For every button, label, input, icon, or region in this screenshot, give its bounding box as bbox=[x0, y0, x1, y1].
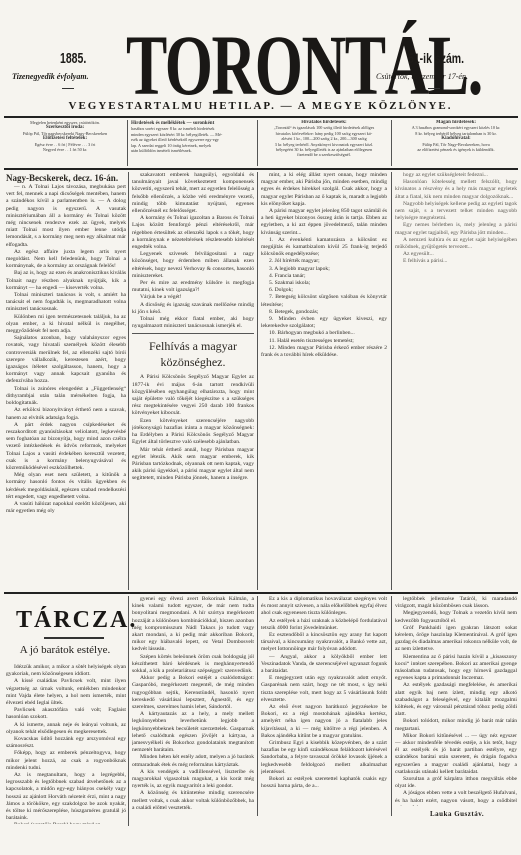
list-item: 11. Halál esetén tisztességes temetést; bbox=[261, 338, 387, 345]
paragraph: Tolnai még ekkor fiatal ember, aki hogy … bbox=[132, 316, 254, 330]
paragraph: A ki ismerte, annak neje és leányai volt… bbox=[6, 722, 126, 736]
paragraph: Sajnálatos azonban, hogy valahányszor eg… bbox=[6, 335, 126, 385]
article-column-2: szakavatott emberek hangsúlyi, egyoldalú… bbox=[132, 172, 254, 590]
paragraph: Ezen kötvényeket szerencséjére nagyobb j… bbox=[132, 418, 254, 447]
paragraph: gyenei egy élvezi avert Bokorinak Kálmán… bbox=[132, 596, 254, 654]
paragraph: Bokori (vezetője Burck) hogy mind ez... bbox=[6, 822, 126, 824]
info-box-advertisements: Hirdetések és melléklétek — soronként ha… bbox=[131, 120, 253, 166]
paragraph: Az estélyek a házi uraknak a közbelépő f… bbox=[261, 618, 387, 632]
info-line: 8 kr. bélyeg terhéről bélyeg tartalomban… bbox=[415, 131, 496, 136]
info-line: bélyegéért 30 kr. bélyegilleték is az aj… bbox=[276, 147, 372, 152]
paragraph: Per és mire az eredmény külsőre is megfo… bbox=[132, 280, 254, 294]
section-divider bbox=[132, 333, 254, 334]
article-column-1: Nagy-Becskerek, decz. 16-án. — n. A Toln… bbox=[6, 172, 126, 590]
list-item: 1. Az évenkénti kamatozásra a kölcsönt e… bbox=[261, 237, 387, 259]
header-rule bbox=[4, 116, 518, 118]
feuilleton-column-1: Idézzük amikor, a mikor a sötét helyiség… bbox=[6, 664, 126, 824]
issue-number: 51-ik szám. bbox=[408, 50, 464, 66]
paragraph: Különben mi igen természetesnek találjuk… bbox=[6, 314, 126, 336]
list-item: 3. A legjobb magyar lapok; bbox=[261, 266, 387, 273]
paragraph: Gróf Pankhaidi igen gyakran látszott sok… bbox=[395, 625, 517, 654]
paragraph: Idézzük amikor, a mikor a sötét helyiség… bbox=[6, 664, 126, 678]
paragraph: Baj az is, hogy az ezen és anakronisztik… bbox=[6, 270, 126, 292]
paragraph: A dicsőség és igazság szavának mellőzése… bbox=[132, 302, 254, 316]
paragraph: Várjuk be a végét! bbox=[132, 294, 254, 301]
info-line: A 3 hasábos gramond-sorokért egyszeri kö… bbox=[412, 125, 501, 130]
paragraph: A kormány és Tolnai igazoltan a Baross é… bbox=[132, 215, 254, 251]
paragraph: — n. A Tolnai Lajos távozása, megbukása … bbox=[6, 184, 126, 249]
list-item: 12. Minden magyar Párisba érkező ember r… bbox=[261, 345, 387, 359]
info-line: Fülöp Pál, Tőr Nagy-Becskereken, hova bbox=[422, 142, 489, 147]
info-box-private-notices: Magán hirdetések: A 3 hasábos gramond-so… bbox=[395, 120, 517, 166]
paragraph: A Párisi Kölcsönös Segélyző Magyar Egyle… bbox=[132, 374, 254, 417]
list-item: 7. Betegség kölcsönt sürgősen valóban és… bbox=[261, 294, 387, 308]
paragraph: A közönség és kitüntetése mindig szerenc… bbox=[132, 790, 254, 812]
list-item: 5. Szakmai iskola; bbox=[261, 280, 387, 287]
article-column-3: mint, a ki elég állást nyert onnan, hogy… bbox=[261, 172, 387, 590]
paragraph: Kovacskas üdítő hozzánk egy arszyomóval … bbox=[6, 736, 126, 750]
paragraph: A párisi magyar egylet jelenleg 850 tago… bbox=[261, 208, 387, 237]
info-line: lap. A szerdai reggeli 10 óráig kéretnek… bbox=[131, 143, 211, 148]
article-column-4: hogy az egylet szükségleteit fedezni... … bbox=[395, 172, 517, 590]
info-line: Negyed évre . . 1 frt 50 kr. bbox=[43, 147, 87, 152]
info-line: hasábos sorért egyszer 8 kr. az ismételt… bbox=[131, 126, 215, 131]
paragraph: Tolnai is zsinóres elengedést a „Függetl… bbox=[6, 386, 126, 408]
masthead: 1885. Tizenegyedik évfolyam. TORONTÁL. 5… bbox=[0, 0, 521, 98]
article-heading: Nagy-Becskerek, decz. 16-án. bbox=[6, 172, 126, 184]
feuilleton-label: TÁRCZA. bbox=[16, 607, 137, 634]
paragraph: Már tehát érthető annál, hogy Párisban m… bbox=[132, 447, 254, 483]
paragraph: Mikor Bokori kitűnésével ... — úgy néz e… bbox=[395, 733, 517, 776]
feuilleton-rule bbox=[4, 592, 518, 594]
list-item: 9. Minden évben egy ügyeket kiveszi, egy… bbox=[261, 316, 387, 330]
paragraph: Ez a kis a diplomatikus hovaválazat szeg… bbox=[261, 596, 387, 618]
paragraph: Az estélyek gazdasági megfelelése, és am… bbox=[395, 682, 517, 718]
paragraph: E megjegyzett után egy nyakravalót adott… bbox=[261, 675, 387, 704]
info-line: zlésért 1 kr., 100—200 szóig 2 kr., 200—… bbox=[281, 136, 366, 141]
paragraph: Az is megtanultam, hogy a legrégebbi, le… bbox=[6, 772, 126, 822]
info-line: Egész évre . . 6 frt | Félévre . . . 3 f… bbox=[35, 142, 96, 147]
paragraph: Az egész affaire juxta legem artis nyert… bbox=[6, 249, 126, 271]
feuilleton-column-3: Ez a kis a diplomatikus hovaválazat szeg… bbox=[261, 596, 387, 816]
feuilleton-ornament bbox=[44, 637, 104, 639]
paragraph: Tolnai miniszteri tanácsos is volt, s am… bbox=[6, 292, 126, 314]
paragraph: A vasúti hálózat napokkal ezelőtt közölj… bbox=[6, 501, 126, 515]
paragraph: A jóságos ebben vette a volt beszélgető … bbox=[395, 790, 517, 806]
list-item: 8. Betegek, gondozás; bbox=[261, 309, 387, 316]
column-divider bbox=[127, 120, 128, 166]
newspaper-page: 1885. Tizenegyedik évfolyam. TORONTÁL. 5… bbox=[0, 0, 521, 855]
column-divider bbox=[128, 596, 129, 826]
paragraph: Az első évet nagyon barátkozó jegyzésekr… bbox=[261, 704, 387, 740]
list-item: 10. Bárhogyan megbukó a berlinben... bbox=[261, 330, 387, 337]
subtitle: VEGYESTARTALMU HETILAP. — A MEGYE KÖZLÖN… bbox=[0, 100, 521, 112]
info-line: után külföldön ismételt ismétlésnek. bbox=[131, 148, 192, 153]
paragraph: Klementina az ő párisi hazán kívül a „ki… bbox=[395, 654, 517, 683]
paragraph: Bokori az estélyek szeretettel kaphatók … bbox=[261, 776, 387, 790]
paragraph: A kis vendégek a vadlillensével, liszter… bbox=[132, 769, 254, 791]
paragraph: E felhívás a párisi... bbox=[395, 258, 517, 265]
info-box-editorial: Megjelen hetenként egyszer, csütörtökön.… bbox=[6, 120, 124, 166]
feuilleton-title: A jó barátok estélye. bbox=[0, 644, 130, 656]
paragraph: szakavatott emberek hangsúlyi, egyoldalú… bbox=[132, 172, 254, 215]
paragraph: Legyenek szívesek felvilágosítani a nagy… bbox=[132, 251, 254, 280]
info-line: hivatalos körlevélekre: hány pedig 100 s… bbox=[276, 131, 373, 136]
info-line: Megjelen hetenként egyszer, csütörtökön. bbox=[30, 120, 100, 125]
paragraph: Nagyobb helyiségek kellene pedig az egyl… bbox=[395, 201, 517, 223]
list-item: 6. Dolgok; bbox=[261, 287, 387, 294]
dash-divider bbox=[428, 88, 440, 89]
paragraph: Hasonlóan kötelesség mellett felszólít, … bbox=[395, 179, 517, 201]
info-line: rsék az ügyeket illető kérdésekről egysz… bbox=[131, 137, 219, 142]
info-line: fizetendő be a szerkesztőségnél. bbox=[297, 152, 351, 157]
paragraph: Megjegyzendő, hogy Tolnak a vezetőn kívü… bbox=[395, 610, 517, 624]
list-item: 4. Francia tanár; bbox=[261, 273, 387, 280]
paragraph: Az erkölcsi bizonyítványt érthető nem a … bbox=[6, 407, 126, 421]
paragraph: A kissé családias Pavlicsek volt, mint i… bbox=[6, 678, 126, 707]
paragraph: Szépen körtés beleönnek öröm csak boldog… bbox=[132, 654, 254, 676]
paragraph: A párt érdek nagyon csípkedéseket és res… bbox=[6, 422, 126, 472]
info-line: Fülöp Pál, Tőr nagybecskereki Nagy-Becsk… bbox=[23, 131, 107, 136]
column-divider bbox=[128, 172, 129, 590]
author-signature: Lauka Gusztáv. bbox=[430, 810, 484, 818]
paragraph: mint, a ki elég állást nyert onnan, hogy… bbox=[261, 172, 387, 208]
issue-date: Csütörtök, deczember 17-én. bbox=[376, 72, 468, 81]
article-heading: Felhívás a magyar közönséghez. bbox=[132, 338, 254, 370]
paragraph: A kártyautazás az a hely, a mely mellett… bbox=[132, 711, 254, 754]
paragraph: Grimbusz Egyi a kisebbik közepvénben, de… bbox=[261, 740, 387, 776]
column-divider bbox=[391, 120, 392, 166]
column-divider bbox=[257, 596, 258, 816]
info-line: 3 kr. bélyeg terhéről. Anyakönyvi kivona… bbox=[275, 142, 373, 147]
column-divider bbox=[391, 596, 392, 816]
feuilleton-column-4: legtöbbek jellemzése Tatáról, ki maradan… bbox=[395, 596, 517, 806]
info-line: az előfizetési pénzek és igények is küld… bbox=[417, 147, 494, 152]
paragraph: Bokori tolódott, mikor mindig jó barát m… bbox=[395, 718, 517, 732]
header-rule bbox=[4, 168, 518, 170]
info-line: minden egyszeri közlésért 30 kr. bélyegi… bbox=[131, 132, 222, 137]
paragraph: A nemzeti kultúra és az egylet saját hel… bbox=[395, 237, 517, 251]
paragraph: Egy nemes bérletben is, mely jelenleg a … bbox=[395, 222, 517, 236]
volume-label: Tizenegyedik évfolyam. bbox=[12, 72, 89, 81]
paragraph: Ez esztendőből a kincsösztön egy arany f… bbox=[261, 632, 387, 654]
column-divider bbox=[391, 172, 392, 590]
paragraph: Főképp, hogy az emberek pénzeltogyva, ho… bbox=[6, 750, 126, 772]
column-divider bbox=[257, 120, 258, 166]
paragraph: legtöbbek jellemzése Tatáról, ki maradan… bbox=[395, 596, 517, 610]
info-heading: Hirdetések és melléklétek — soronként bbox=[131, 121, 214, 126]
info-box-official-notices: Hivatalos hirdetések: „Torontál“ és igaz… bbox=[261, 120, 387, 166]
paragraph: Akkor pedig a Bokori estéjét a csalódott… bbox=[132, 675, 254, 711]
paragraph: Pavlicsek akasztófára való volt; Faglais… bbox=[6, 707, 126, 721]
paragraph: Szorultan a gróf kárpátra itthon megvált… bbox=[395, 776, 517, 790]
paragraph: Még olyan eset nem született, a kitűnők … bbox=[6, 472, 126, 501]
year-label: 1885. bbox=[60, 50, 86, 67]
column-divider bbox=[257, 172, 258, 590]
info-line: „Torontál“ és igazolások 100 szóig illet… bbox=[274, 125, 375, 130]
dash-divider bbox=[62, 88, 74, 89]
list-item: 2. Jól hírérték magyar; bbox=[261, 258, 387, 265]
paragraph: Minden héten két estély adott, melyen a … bbox=[132, 754, 254, 768]
feuilleton-column-2: gyenei egy élvezi avert Bokorinak Kálmán… bbox=[132, 596, 254, 816]
paragraph: — Angyal, akkor a kölyökből ember lett V… bbox=[261, 654, 387, 676]
